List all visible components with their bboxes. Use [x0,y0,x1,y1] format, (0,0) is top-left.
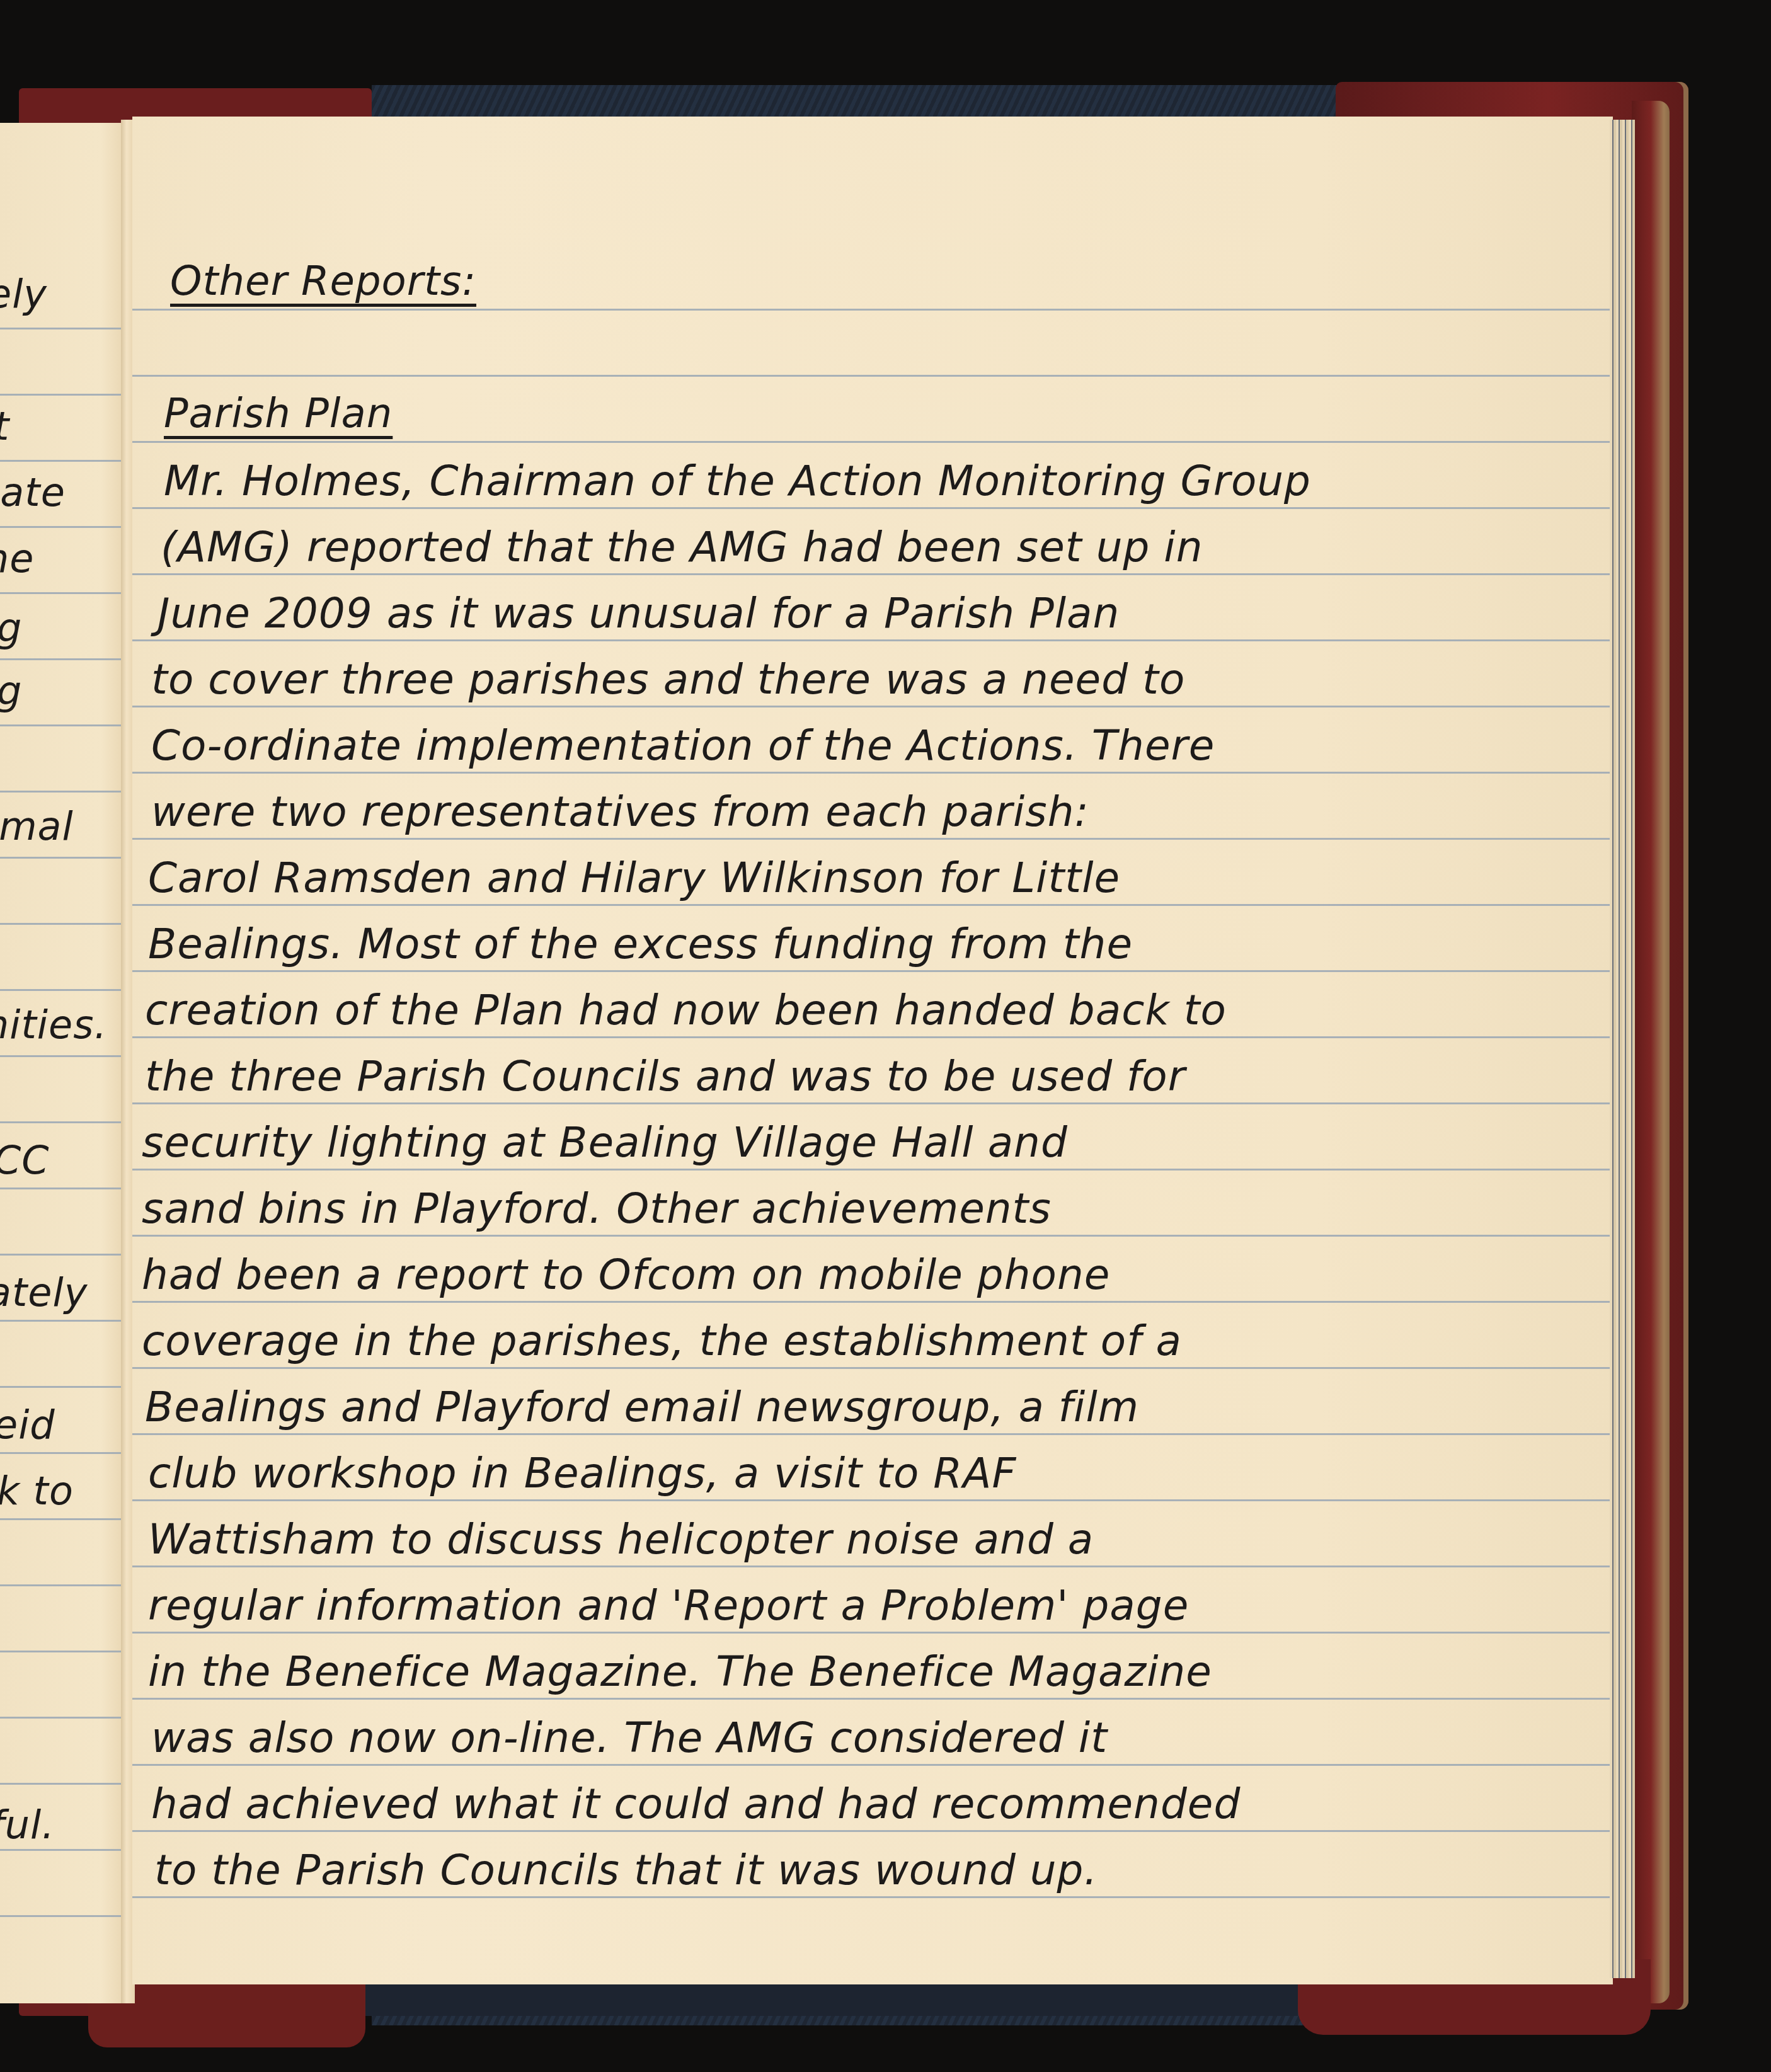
text-line: Bealings and Playford email newsgroup, a… [145,1383,1139,1431]
ruled-line [132,441,1613,443]
left-fragment: t [0,403,9,449]
ruled-line [132,970,1613,972]
text-line: Bealings. Most of the excess funding fro… [148,920,1133,968]
ruled-line [132,1565,1613,1567]
text-line: creation of the Plan had now been handed… [145,986,1227,1034]
text-line: Wattisham to discuss helicopter noise an… [148,1515,1094,1564]
left-fragment: CC [0,1137,50,1183]
ruled-line [0,791,126,793]
cover-edge-right [1632,101,1670,2003]
ruled-line [132,706,1613,707]
left-fragment: ful. [0,1802,55,1848]
ruled-line [0,1188,126,1189]
ruled-line [132,1499,1613,1501]
text-line: security lighting at Bealing Village Hal… [142,1118,1068,1167]
ruled-line [0,592,126,594]
text-line: club workshop in Bealings, a visit to RA… [148,1449,1016,1497]
ruled-line [0,1452,126,1454]
ruled-line [132,838,1613,840]
left-fragment: ately [0,1269,88,1315]
left-fragment: date [0,469,66,515]
left-fragment: nities. [0,1002,107,1048]
text-line: had achieved what it could and had recom… [151,1780,1241,1828]
ruled-line [132,1367,1613,1369]
ruled-line [132,1698,1613,1700]
ruled-line [132,375,1613,377]
ruled-line [132,1764,1613,1766]
ruled-line [132,1169,1613,1171]
right-page: Other Reports: Parish Plan Mr. Holmes, C… [132,117,1613,1984]
ruled-line [0,526,126,528]
left-fragment: ely [0,271,47,317]
ruled-line [0,1055,126,1057]
ruled-line [0,394,126,396]
notebook-scan: ely t date he g g imal nities. CC ately … [0,0,1771,2072]
text-line: Co-ordinate implementation of the Action… [151,721,1215,770]
left-page: ely t date he g g imal nities. CC ately … [0,123,126,2003]
section-heading: Other Reports: [170,258,476,305]
ruled-line [132,1301,1613,1303]
ruled-line [0,1518,126,1520]
ruled-line [0,1386,126,1388]
subsection-heading: Parish Plan [164,391,393,437]
left-fragment: eid [0,1402,55,1448]
ruled-line [0,989,126,991]
text-line: June 2009 as it was unusual for a Parish… [158,589,1120,638]
ruled-line [132,904,1613,906]
left-fragment: g [0,605,22,651]
left-fragment: k to [0,1468,74,1514]
ruled-line [132,1036,1613,1038]
ruled-line [0,724,126,726]
ruled-line [132,1632,1613,1634]
text-line: was also now on-line. The AMG considered… [151,1714,1108,1762]
text-line: to cover three parishes and there was a … [151,655,1185,704]
ruled-line [0,328,126,329]
text-line: sand bins in Playford. Other achievement… [142,1184,1052,1233]
left-fragment: imal [0,803,74,849]
ruled-line [0,658,126,660]
ruled-line [0,1584,126,1586]
ruled-line [0,1915,126,1917]
text-line: in the Benefice Magazine. The Benefice M… [148,1647,1212,1696]
text-line: to the Parish Councils that it was wound… [154,1846,1098,1894]
text-line: Carol Ramsden and Hilary Wilkinson for L… [148,854,1120,902]
ruled-line [132,507,1613,509]
text-line: the three Parish Councils and was to be … [145,1052,1186,1101]
ruled-line [132,639,1613,641]
ruled-line [132,1896,1613,1898]
text-line: coverage in the parishes, the establishm… [142,1317,1182,1365]
text-line: regular information and 'Report a Proble… [148,1581,1189,1630]
page-stack-edge [1610,120,1635,1978]
ruled-line [0,460,126,462]
ruled-line [0,1320,126,1322]
text-line: were two representatives from each paris… [151,787,1089,836]
ruled-line [132,772,1613,774]
ruled-line [132,1235,1613,1237]
text-line: (AMG) reported that the AMG had been set… [161,523,1203,571]
ruled-line [132,573,1613,575]
ruled-line [132,1830,1613,1832]
text-line: Mr. Holmes, Chairman of the Action Monit… [164,457,1311,505]
ruled-line [0,1717,126,1719]
ruled-line [0,1254,126,1256]
ruled-line [132,1102,1613,1104]
ruled-line [132,1433,1613,1435]
left-fragment: g [0,668,22,714]
ruled-line [0,1121,126,1123]
text-line: had been a report to Ofcom on mobile pho… [142,1251,1110,1299]
ruled-line [0,1783,126,1785]
ruled-line [0,857,126,859]
ruled-line [0,1849,126,1851]
ruled-line [0,1651,126,1652]
left-fragment: he [0,535,34,581]
ruled-line [132,309,1613,311]
ruled-line [0,923,126,925]
